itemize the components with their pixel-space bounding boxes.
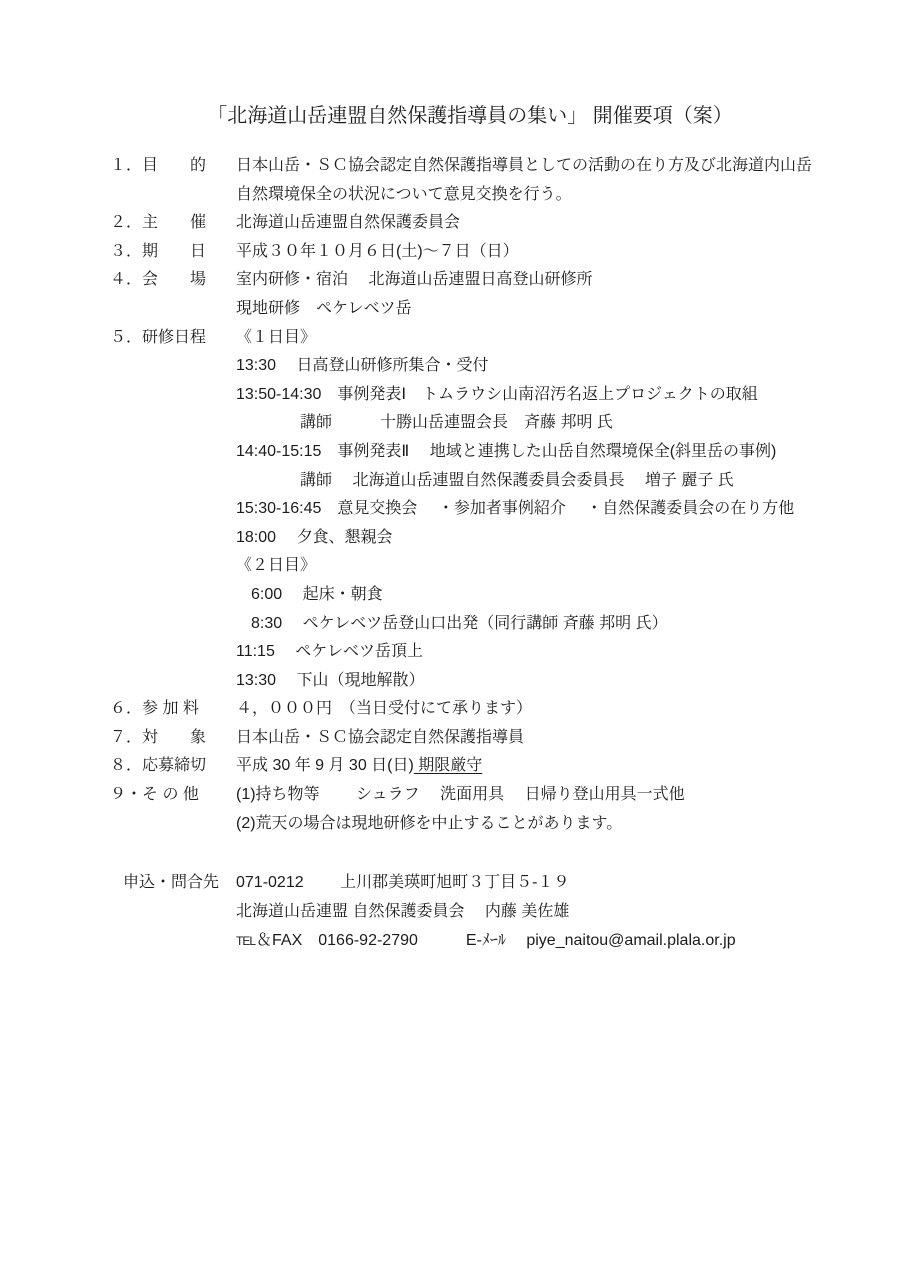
item-number-label: ７．対 象 <box>110 724 236 753</box>
item-number-label <box>110 181 236 210</box>
item-number-label <box>110 352 236 381</box>
document-page: 「北海道山岳連盟自然保護指導員の集い」 開催要項（案） １．目 的 日本山岳・Ｓ… <box>0 0 904 1280</box>
row-contact-address: 申込・問合先 071-0212 上川郡美瑛町旭町３丁目５-１９ <box>110 868 904 897</box>
row-others-1: ９・そ の 他 (1)持ち物等 シュラフ 洗面用具 日帰り登山用具一式他 <box>110 781 904 810</box>
item-text: (2)荒天の場合は現地研修を中止することがあります。 <box>236 810 622 839</box>
item-number-label <box>110 524 236 553</box>
contact-tel-text: ＆FAX 0166-92-2790 E-ﾒｰﾙ piye_naitou@amai… <box>256 932 736 949</box>
schedule-text: 11:15 ペケレベツ岳頂上 <box>236 638 423 667</box>
tel-ligature: TEL <box>236 934 256 948</box>
item-text: 《１日目》 <box>236 324 316 353</box>
item-number-label <box>110 810 236 839</box>
page-title-text: 「北海道山岳連盟自然保護指導員の集い」 開催要項（案） <box>207 100 733 133</box>
schedule-text: 15:30-16:45 意見交換会 ・参加者事例紹介 ・自然保護委員会の在り方他 <box>236 495 794 524</box>
item-text: 日本山岳・ＳＣ協会認定自然保護指導員としての活動の在り方及び北海道内山岳 <box>236 152 812 181</box>
contact-block: 申込・問合先 071-0212 上川郡美瑛町旭町３丁目５-１９ 北海道山岳連盟 … <box>110 868 904 956</box>
instructor-text: 講師 北海道山岳連盟自然保護委員会委員長 増子 麗子 氏 <box>236 467 734 496</box>
row-venue-cont: 現地研修 ペケレベツ岳 <box>110 295 904 324</box>
item-number-label: ３．期 日 <box>110 238 236 267</box>
row-date: ３．期 日 平成３０年１０月６日(土)～７日（日） <box>110 238 904 267</box>
row-schedule-dinner: 18:00 夕食、懇親会 <box>110 524 904 553</box>
row-instructor-1: 講師 十勝山岳連盟会長 斉藤 邦明 氏 <box>110 409 904 438</box>
contact-label-spacer <box>110 897 236 926</box>
deadline-date: 平成 30 年 9 月 30 日(日) <box>236 757 414 774</box>
item-number-label <box>110 638 236 667</box>
item-number-label: ４．会 場 <box>110 266 236 295</box>
contact-label: 申込・問合先 <box>110 868 236 897</box>
row-others-2: (2)荒天の場合は現地研修を中止することがあります。 <box>110 810 904 839</box>
item-text: 平成３０年１０月６日(土)～７日（日） <box>236 238 519 267</box>
row-contact-tel: TEL＆FAX 0166-92-2790 E-ﾒｰﾙ piye_naitou@a… <box>110 926 904 956</box>
item-number-label <box>110 438 236 467</box>
item-number-label: ２．主 催 <box>110 209 236 238</box>
item-number-label <box>110 409 236 438</box>
item-number-label <box>110 295 236 324</box>
item-number-label: ６．参 加 料 <box>110 695 236 724</box>
contact-address: 071-0212 上川郡美瑛町旭町３丁目５-１９ <box>236 868 569 897</box>
schedule-text: 13:30 下山（現地解散） <box>236 667 425 696</box>
row-schedule-departure: 8:30 ペケレベツ岳登山口出発（同行講師 斉藤 邦明 氏） <box>110 610 904 639</box>
item-text: 日本山岳・ＳＣ協会認定自然保護指導員 <box>236 724 524 753</box>
instructor-text: 講師 十勝山岳連盟会長 斉藤 邦明 氏 <box>236 409 613 438</box>
item-number-label <box>110 610 236 639</box>
row-schedule-header-day2: 《２日目》 <box>110 552 904 581</box>
row-instructor-2: 講師 北海道山岳連盟自然保護委員会委員長 増子 麗子 氏 <box>110 467 904 496</box>
item-number-label <box>110 667 236 696</box>
row-organizer: ２．主 催 北海道山岳連盟自然保護委員会 <box>110 209 904 238</box>
item-number-label <box>110 467 236 496</box>
row-schedule-header-day1: ５．研修日程 《１日目》 <box>110 324 904 353</box>
deadline-text: 平成 30 年 9 月 30 日(日) 期限厳守 <box>236 752 482 781</box>
row-schedule-summit: 11:15 ペケレベツ岳頂上 <box>110 638 904 667</box>
row-purpose: １．目 的 日本山岳・ＳＣ協会認定自然保護指導員としての活動の在り方及び北海道内… <box>110 152 904 181</box>
contact-label-spacer <box>110 926 236 956</box>
item-text: 自然環境保全の状況について意見交換を行う。 <box>236 181 572 210</box>
row-target: ７．対 象 日本山岳・ＳＣ協会認定自然保護指導員 <box>110 724 904 753</box>
item-number-label: １．目 的 <box>110 152 236 181</box>
row-schedule-1330-reception: 13:30 日高登山研修所集合・受付 <box>110 352 904 381</box>
row-schedule-discussion: 15:30-16:45 意見交換会 ・参加者事例紹介 ・自然保護委員会の在り方他 <box>110 495 904 524</box>
item-number-label <box>110 581 236 610</box>
schedule-text: 13:30 日高登山研修所集合・受付 <box>236 352 489 381</box>
schedule-text: 6:00 起床・朝食 <box>236 581 383 610</box>
row-schedule-case1: 13:50-14:30 事例発表Ⅰ トムラウシ山南沼汚名返上プロジェクトの取組 <box>110 381 904 410</box>
page-title: 「北海道山岳連盟自然保護指導員の集い」 開催要項（案） <box>0 0 904 133</box>
item-number-label: ９・そ の 他 <box>110 781 236 810</box>
row-schedule-descent: 13:30 下山（現地解散） <box>110 667 904 696</box>
item-number-label <box>110 552 236 581</box>
row-contact-org: 北海道山岳連盟 自然保護委員会 内藤 美佐雄 <box>110 897 904 926</box>
deadline-underline: 期限厳守 <box>414 757 482 774</box>
item-text: 現地研修 ペケレベツ岳 <box>236 295 412 324</box>
item-text: 北海道山岳連盟自然保護委員会 <box>236 209 460 238</box>
item-number-label <box>110 495 236 524</box>
row-schedule-case2: 14:40-15:15 事例発表Ⅱ 地域と連携した山岳自然環境保全(斜里岳の事例… <box>110 438 904 467</box>
schedule-text: 13:50-14:30 事例発表Ⅰ トムラウシ山南沼汚名返上プロジェクトの取組 <box>236 381 758 410</box>
row-venue: ４．会 場 室内研修・宿泊 北海道山岳連盟日高登山研修所 <box>110 266 904 295</box>
schedule-text: 14:40-15:15 事例発表Ⅱ 地域と連携した山岳自然環境保全(斜里岳の事例… <box>236 438 776 467</box>
row-fee: ６．参 加 料 ４，０００円 （当日受付にて承ります） <box>110 695 904 724</box>
item-number-label: ５．研修日程 <box>110 324 236 353</box>
item-text: (1)持ち物等 シュラフ 洗面用具 日帰り登山用具一式他 <box>236 781 685 810</box>
row-purpose-cont: 自然環境保全の状況について意見交換を行う。 <box>110 181 904 210</box>
item-text: 室内研修・宿泊 北海道山岳連盟日高登山研修所 <box>236 266 592 295</box>
schedule-text: 18:00 夕食、懇親会 <box>236 524 393 553</box>
row-deadline: ８．応募締切 平成 30 年 9 月 30 日(日) 期限厳守 <box>110 752 904 781</box>
contact-org: 北海道山岳連盟 自然保護委員会 内藤 美佐雄 <box>236 897 569 926</box>
row-schedule-wakeup: 6:00 起床・朝食 <box>110 581 904 610</box>
item-number-label: ８．応募締切 <box>110 752 236 781</box>
schedule-text: 8:30 ペケレベツ岳登山口出発（同行講師 斉藤 邦明 氏） <box>236 610 668 639</box>
document-body: １．目 的 日本山岳・ＳＣ協会認定自然保護指導員としての活動の在り方及び北海道内… <box>0 152 904 956</box>
item-number-label <box>110 381 236 410</box>
item-text: 《２日目》 <box>236 552 316 581</box>
contact-tel-email: TEL＆FAX 0166-92-2790 E-ﾒｰﾙ piye_naitou@a… <box>236 926 736 956</box>
item-text: ４，０００円 （当日受付にて承ります） <box>236 695 532 724</box>
